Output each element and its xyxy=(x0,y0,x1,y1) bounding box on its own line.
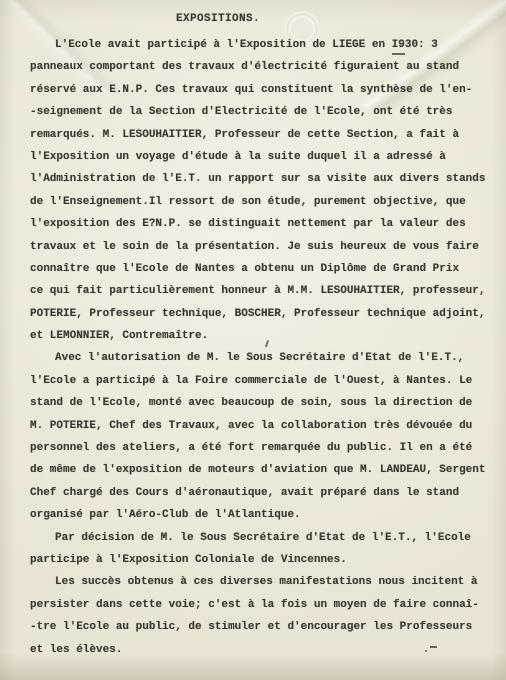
paragraph: L'Ecole avait participé à l'Exposition d… xyxy=(30,34,496,347)
text-line: persister dans cette voie; c'est à la fo… xyxy=(30,594,496,616)
text-line: de même de l'exposition de moteurs d'avi… xyxy=(30,459,496,481)
text-line: Les succès obtenus à ces diverses manife… xyxy=(30,571,496,593)
document-body: L'Ecole avait participé à l'Exposition d… xyxy=(30,34,496,661)
text-line: organisé par l'Aéro-Club de l'Atlantique… xyxy=(30,504,496,526)
text-line: remarqués. M. LESOUHAITIER, Professeur d… xyxy=(30,124,496,146)
text-line: ce qui fait particulièrement honneur à M… xyxy=(30,280,496,302)
paragraph: Les succès obtenus à ces diverses manife… xyxy=(30,571,496,661)
paper-page: EXPOSITIONS. L'Ecole avait participé à l… xyxy=(0,0,506,680)
text-line: Chef chargé des Cours d'aéronautique, av… xyxy=(30,482,496,504)
text-line: L'Ecole avait participé à l'Exposition d… xyxy=(30,34,496,56)
text-line: l'exposition des E?N.P. se distinguait n… xyxy=(30,213,496,235)
text-line: et les élèves. xyxy=(30,639,496,661)
text-line: -tre l'Ecole au public, de stimuler et d… xyxy=(30,616,496,638)
paragraph: Avec l'autorisation de M. le Sous Secrét… xyxy=(30,347,496,526)
text-line: l'Ecole a participé à la Foire commercia… xyxy=(30,370,496,392)
text-line: et LEMONNIER, Contremaître. xyxy=(30,325,496,347)
text-line: l'Exposition un voyage d'étude à la suit… xyxy=(30,146,496,168)
text-line: l'Administration de l'E.T. un rapport su… xyxy=(30,168,496,190)
text-line: travaux et le soin de la présentation. J… xyxy=(30,236,496,258)
paragraph: Par décision de M. le Sous Secrétaire d'… xyxy=(30,527,496,572)
text-line: -seignement de la Section d'Electricité … xyxy=(30,101,496,123)
text-line: de l'Enseignement.Il ressort de son étud… xyxy=(30,191,496,213)
text-line: panneaux comportant des travaux d'électr… xyxy=(30,56,496,78)
text-line: stand de l'Ecole, monté avec beaucoup de… xyxy=(30,392,496,414)
text-line: connaître que l'Ecole de Nantes a obtenu… xyxy=(30,258,496,280)
text-line: Par décision de M. le Sous Secrétaire d'… xyxy=(30,527,496,549)
text-line: POTERIE, Professeur technique, BOSCHER, … xyxy=(30,303,496,325)
text-line: Avec l'autorisation de M. le Sous Secrét… xyxy=(30,347,496,369)
text-line: personnel des ateliers, a été fort remar… xyxy=(30,437,496,459)
text-line: M. POTERIE, Chef des Travaux, avec la co… xyxy=(30,415,496,437)
text-line: participe à l'Exposition Coloniale de Vi… xyxy=(30,549,496,571)
page-title: EXPOSITIONS. xyxy=(176,13,260,25)
text-line: réservé aux E.N.P. Ces travaux qui const… xyxy=(30,79,496,101)
